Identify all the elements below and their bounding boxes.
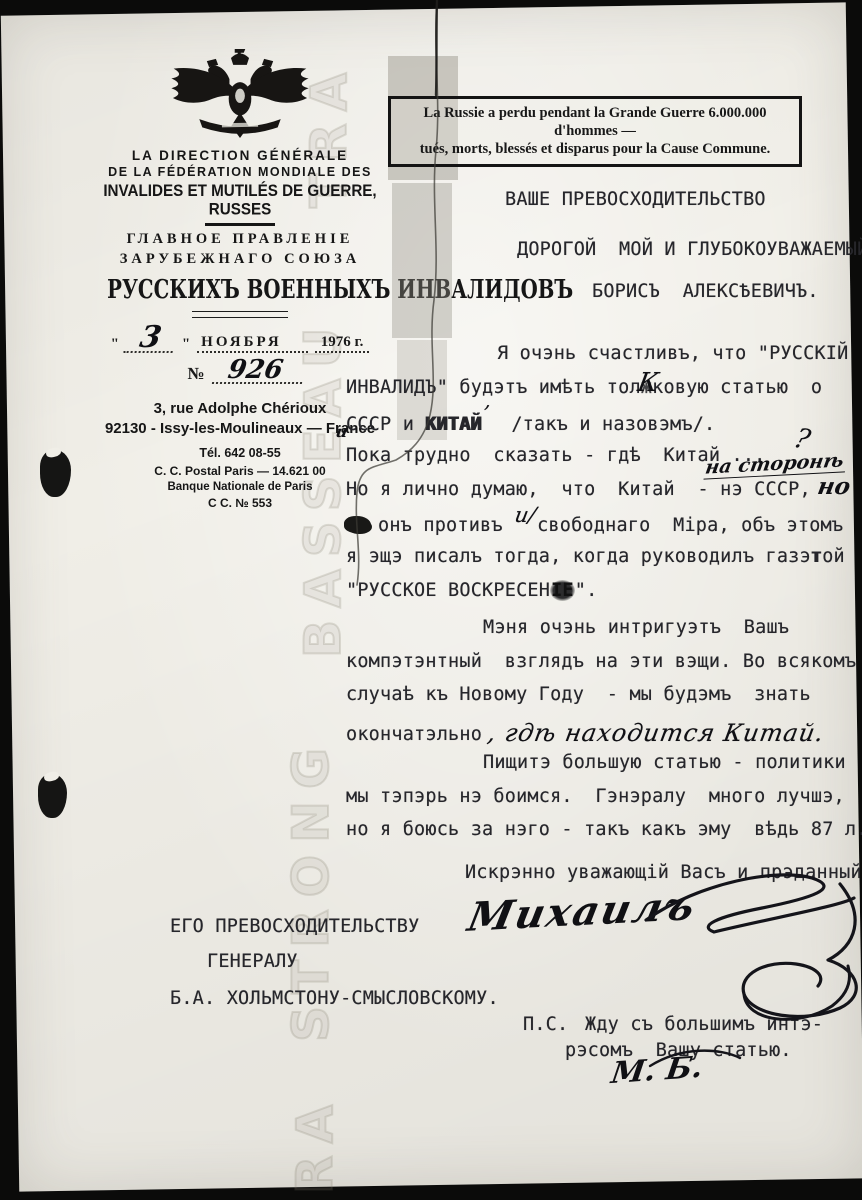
postscript-line1: Жду съ большимъ интэ- [585,1014,823,1035]
body-line: Но я лично думаю, что Китай - нэ СССР, [346,479,811,500]
letterhead-divider-rule [205,223,275,226]
date-quote-open: " [111,336,119,353]
handwritten-insertion: и/ [513,503,538,527]
imperial-double-eagle-icon [142,46,338,144]
overtyped-word-kitai: КИТАЙ [425,414,482,435]
date-year: 1976 г. [315,334,370,353]
org-name-russian-line1: ГЛАВНОЕ ПРАВЛЕНІЕ [78,231,402,248]
org-name-french-line3: INVALIDES ET MUTILÉS DE GUERRE, RUSSES [86,182,394,220]
body-line: ИНВАЛИДЪ" будэтъ имѣть толжКковую статью… [346,377,822,398]
blotted-letters: ІЕ [550,580,575,601]
paper-watermark-text: RA [286,1093,344,1194]
body-line: но я боюсь за нэго - такъ какъ эму вѣдь … [346,819,862,840]
handwritten-phrase-gde: , гдѣ находится Китай. [486,719,827,747]
body-text: "РУССКОЕ ВОСКРЕСЕН [346,580,550,601]
org-name-french-line1: LA DIRECTION GÉNÉRALE [78,148,402,163]
body-text: онъ противъ [378,515,514,536]
addressee-line1: ЕГО ПРЕВОСХОДИТЕЛЬСТВУ [170,916,419,937]
scribbled-out-word [344,516,371,533]
date-month: НОЯБРЯ [197,334,308,353]
body-line: компэтэнтный взглядъ на эти вэщи. Во вся… [346,651,856,672]
letterhead: LA DIRECTION GÉNÉRALE DE LA FÉDÉRATION M… [78,46,402,510]
salutation-line1: ВАШЕ ПРЕВОСХОДИТЕЛЬСТВО [505,189,766,210]
body-text: ковую статью о [652,377,822,398]
typo-correction: жК [641,377,652,398]
body-line: Я очэнь счастливъ, что "РУССКІЙ [497,343,848,364]
handwritten-date-day: 3 [123,324,177,353]
tape-mark [392,183,452,338]
body-text: СССР и [346,414,425,435]
org-name-russian-line3: РУССКИХЪ ВОЕННЫХЪ ИНВАЛИДОВЪ [107,273,373,305]
scanned-letter-page: TRA BASSEAU STRONG RA LA DIRECTION GÉNÉR… [0,0,862,1200]
closing-line: Искрэнно уважающій Васъ и прэданный [465,862,862,883]
body-line: онъ противъ и/свободнаго Мiра, объ этомъ [344,512,843,536]
body-text: ой [822,546,845,567]
date-quote-close: " [182,336,190,353]
body-line: Пищитэ большую статью - политики [483,752,846,773]
handwritten-number: 926 [212,359,307,384]
postal-account-line: C. C. Postal Paris — 14.621 00 [78,464,402,478]
body-line: случаѣ къ Новому Году - мы будэмъ знать [346,684,811,705]
date-line: " 3 " НОЯБРЯ 1976 г. [78,324,402,353]
body-text: окончатэльно [346,724,482,745]
postscript-label: П.С. [523,1014,568,1035]
body-line: СССР и КИТАЙʼ /такъ и назовэмъ/. [346,411,715,435]
body-text: /такъ и назовэмъ/. [489,414,716,435]
body-line: Пока трудно сказать - гдѣ Китай ... [346,445,766,466]
french-memorial-stamp-box: La Russie a perdu pendant la Grande Guer… [388,96,802,167]
body-text: ". [575,580,598,601]
org-name-russian-line2: ЗАРУБЕЖНАГО СОЮЗА [78,251,402,268]
body-line: окончатэльно, гдѣ находится Китай. [346,718,824,746]
overtyped-char: т [811,546,822,567]
addressee-line2: ГЕНЕРАЛУ [207,951,298,972]
body-line: я эщэ писалъ тогда, когда руководилъ газ… [346,546,845,567]
postscript-initials: М. Б. [609,1050,705,1091]
org-name-french-line2: DE LA FÉDÉRATION MONDIALE DES [78,165,402,179]
body-line: "РУССКОЕ ВОСКРЕСЕНІЕ". [346,580,597,601]
stamp-line2: tués, morts, blessés et disparus pour la… [395,140,795,158]
salutation-line3: БОРИСЪ АЛЕКСѢЕВИЧЪ. [592,281,819,302]
body-text: свободнаго Мiра, объ этомъ [537,515,843,536]
stamp-line1: La Russie a perdu pendant la Grande Guer… [395,104,795,140]
salutation-line2: ДОРОГОЙ МОЙ И ГЛУБОКОУВАЖАЕМЫЙ [517,239,862,260]
letterhead-double-rule [192,311,288,318]
body-text: я эщэ писалъ тогда, когда руководилъ газ… [346,546,811,567]
number-label: № [187,364,204,384]
body-text: ИНВАЛИДЪ" будэтъ имѣть тол [346,377,641,398]
addressee-line3: Б.А. ХОЛЬМСТОНУ-СМЫСЛОВСКОМУ. [170,988,499,1009]
body-line: Мэня очэнь интригуэтъ Вашъ [483,617,789,638]
body-line: мы тэпэрь нэ боимся. Гэнэралу много лучш… [346,786,845,807]
handwritten-word-no: но [816,473,853,500]
